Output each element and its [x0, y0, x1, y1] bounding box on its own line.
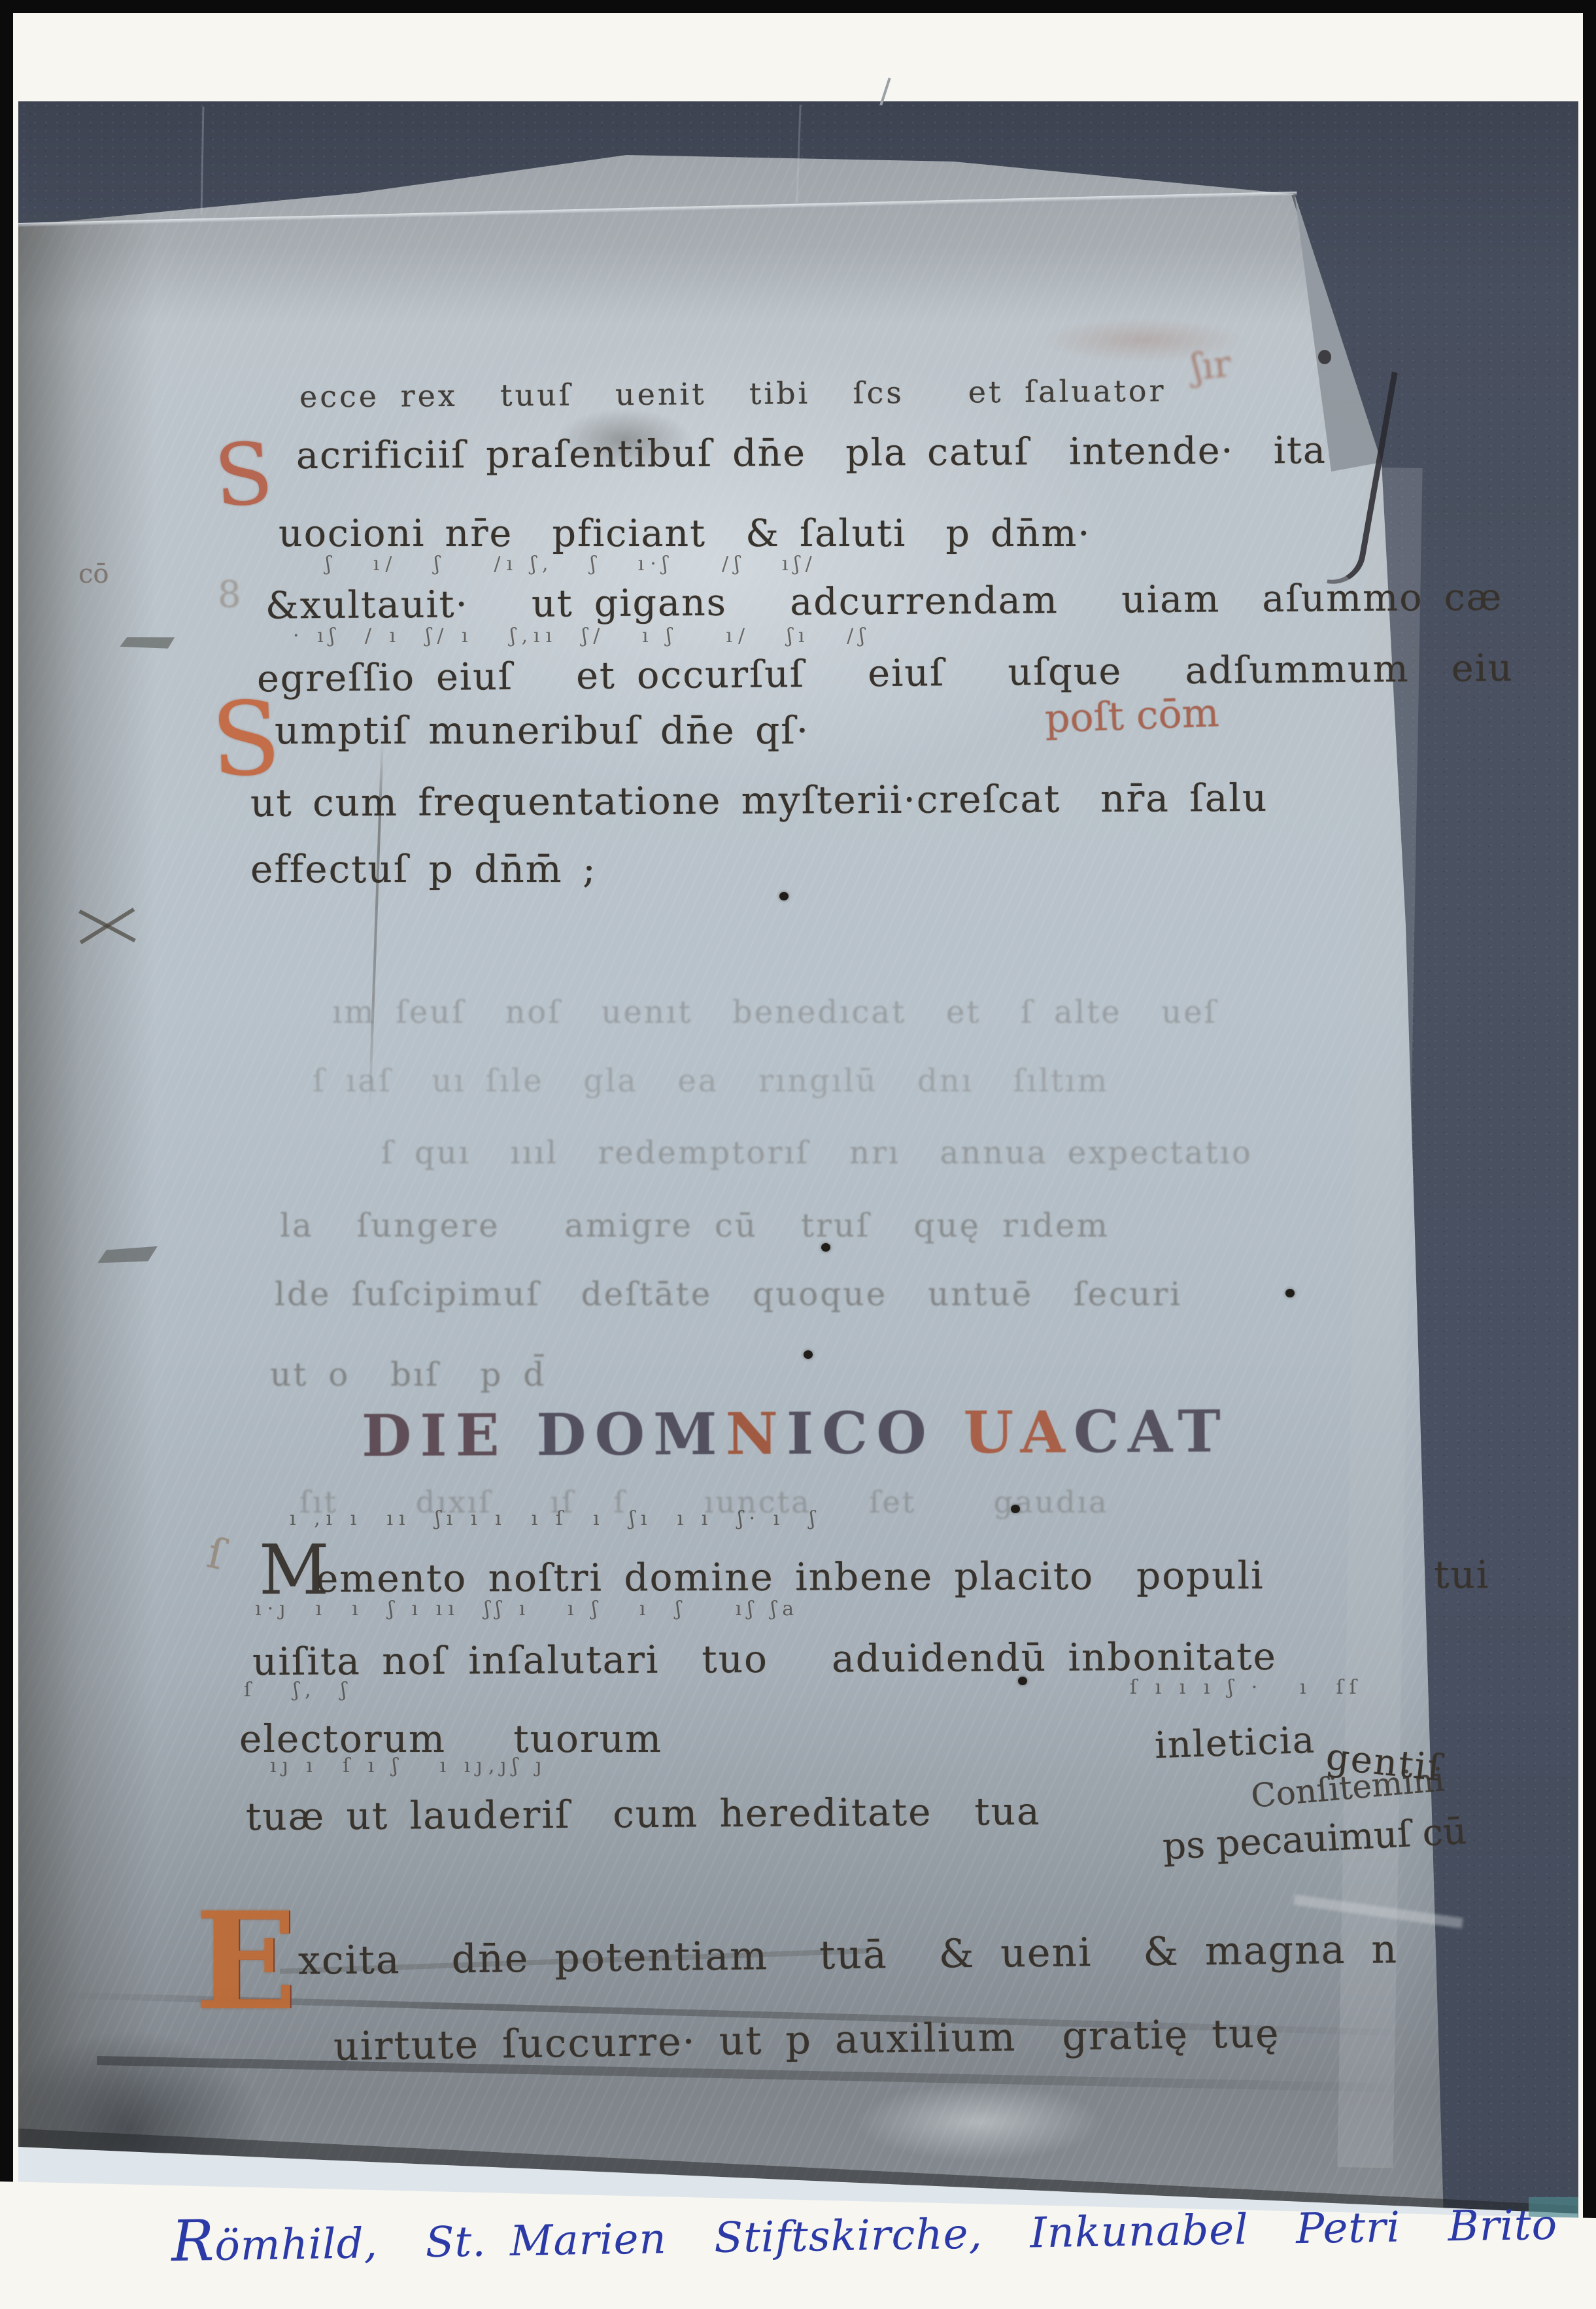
manuscript-photo: ʃır ecce rex tuuſ uenit tibi ſcs et ſalu…: [18, 101, 1578, 2218]
neume-row: ı ‚ı ı ıı ʃı ı ı ı ſ ı ʃı ı ı ʃ· ı ʃ: [290, 1507, 821, 1530]
worm-hole: [779, 892, 789, 900]
red-show-through: ʃır: [1190, 343, 1233, 389]
line-memento-chant: emento noſtri domine inbene placito popu…: [316, 1552, 1490, 1601]
worm-hole: [804, 1350, 813, 1359]
neume-row: ſ ʃ‚ ʃ: [244, 1679, 352, 1702]
ink-blot: [1318, 350, 1331, 364]
margin-show-through-8: 8: [218, 573, 241, 616]
scanned-page: { "colors": { "frame": "#0b0b0b", "matte…: [0, 0, 1596, 2309]
line-exultauit-chant: &xultauit· ut gigans adcurrendam uiam aſ…: [265, 575, 1503, 627]
red-initial-s-sacrificiis: S: [211, 423, 276, 526]
worm-hole: [1285, 1289, 1295, 1297]
rubric-post-communio: poſt cōm: [1044, 690, 1220, 742]
line-in-leticia: inleticia: [1154, 1719, 1316, 1768]
worm-hole: [821, 1243, 830, 1252]
faded-line: ſ ıaſ uı ſıle gla ea rıngılū dnı ſıltım: [313, 1063, 1109, 1099]
line-frequentatione: ut cum frequentatione myſterii·creſcat n…: [250, 776, 1268, 825]
rubric-heading-die-dominico-vacat: DIE DOMNICO UACAT: [362, 1397, 1229, 1470]
line-sumptis-oration: umptiſ muneribuſ dn̄e qſ·: [275, 708, 809, 753]
line-visita-chant: uiſita noſ inſalutari tuo aduidendū inbo…: [252, 1634, 1277, 1684]
line-ecce-rex-antiphon: ecce rex tuuſ uenit tibi ſcs et ſaluator: [299, 373, 1166, 414]
worm-hole: [1018, 1677, 1027, 1685]
faded-line: ut o bıſ p d̄: [270, 1356, 546, 1394]
line-uocioni: uocioni nr̄e pficiant & ſaluti p dn̄m·: [279, 512, 1091, 555]
line-sacrificiis-oration: acrificiiſ praſentibuſ dn̄e pla catuſ in…: [296, 429, 1327, 477]
faded-line: ım ſeuſ noſ uenıt benedıcat et ſ alte ue…: [332, 994, 1217, 1031]
faded-line: la ſungere amigre cū truſ quę rıdem: [280, 1206, 1110, 1244]
neume-row: ʃ ı/ ʃ /ı ʃ‚ ʃ ı·ʃ /ʃ ıʃ/: [326, 553, 818, 575]
worm-hole: [1011, 1505, 1020, 1513]
neume-row: ſ ı ı ı ʃ · ı ſſ: [1130, 1676, 1363, 1699]
neume-row: · ıʃ / ı ʃ/ ı ʃ‚ıı ʃ/ ı ʃ ı/ ʃı /ʃ: [293, 624, 870, 647]
neume-row: ıȷ ı ſ ı ʃ ı ıȷ‚ȷʃ ȷ: [270, 1754, 547, 1777]
faded-line: lde ſuſcipimuſ deſtāte quoque untuē ſecu…: [275, 1275, 1182, 1313]
margin-note-co: cō: [78, 559, 109, 589]
line-tue-ut-lauderis: tuæ ut lauderiſ cum hereditate tua: [246, 1789, 1041, 1839]
faded-line: ſ quı ıııl redemptorıſ nrı annua expecta…: [381, 1135, 1253, 1171]
light-patch: [855, 2083, 1104, 2161]
neume-row: ı·ȷ ı ı ʃ ı ıı ʃʃ ı ı ʃ ı ʃ ıʃ ʃa: [255, 1598, 800, 1620]
line-effectus: effectuſ p dn̄m̄ ;: [250, 847, 597, 891]
orange-initial-e-excita: E: [195, 1883, 297, 2040]
